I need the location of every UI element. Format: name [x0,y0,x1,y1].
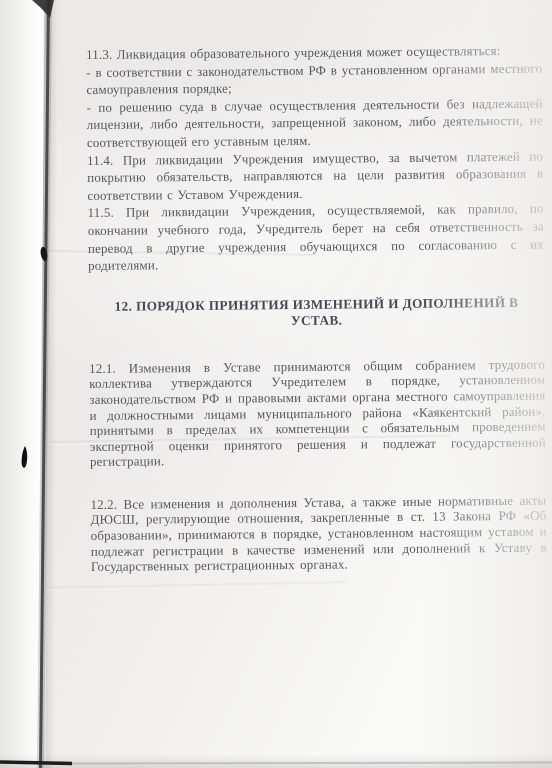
section-12-heading: 12. ПОРЯДОК ПРИНЯТИЯ ИЗМЕНЕНИЙ И ДОПОЛНЕ… [92,294,540,330]
paragraph-dash-item-1: - в соответствии с законодательством РФ … [86,59,542,99]
page-edge-shadow [40,0,58,768]
document-text-column: 11.3. Ликвидация образовательного учрежд… [86,42,547,575]
paragraph-12-2: 12.2. Все изменения и дополнения Устава,… [90,492,547,574]
paragraph-12-1: 12.1. Изменения в Уставе принимаются общ… [89,356,546,470]
scanned-document-page: 11.3. Ликвидация образовательного учрежд… [0,0,552,768]
bottom-edge-shadow-line [72,763,552,764]
section-11-liquidation-block: 11.3. Ликвидация образовательного учрежд… [86,42,544,275]
paragraph-11-4: 11.4. При ликвидации Учреждения имуществ… [87,147,543,204]
paragraph-11-5: 11.5. При ликвидации Учреждения, осущест… [88,200,545,275]
scanner-left-margin [0,0,46,768]
bottom-shadow [0,754,552,768]
paper-crease [46,581,346,592]
paragraph-dash-item-2: - по решению суда в случае осуществления… [87,94,543,151]
